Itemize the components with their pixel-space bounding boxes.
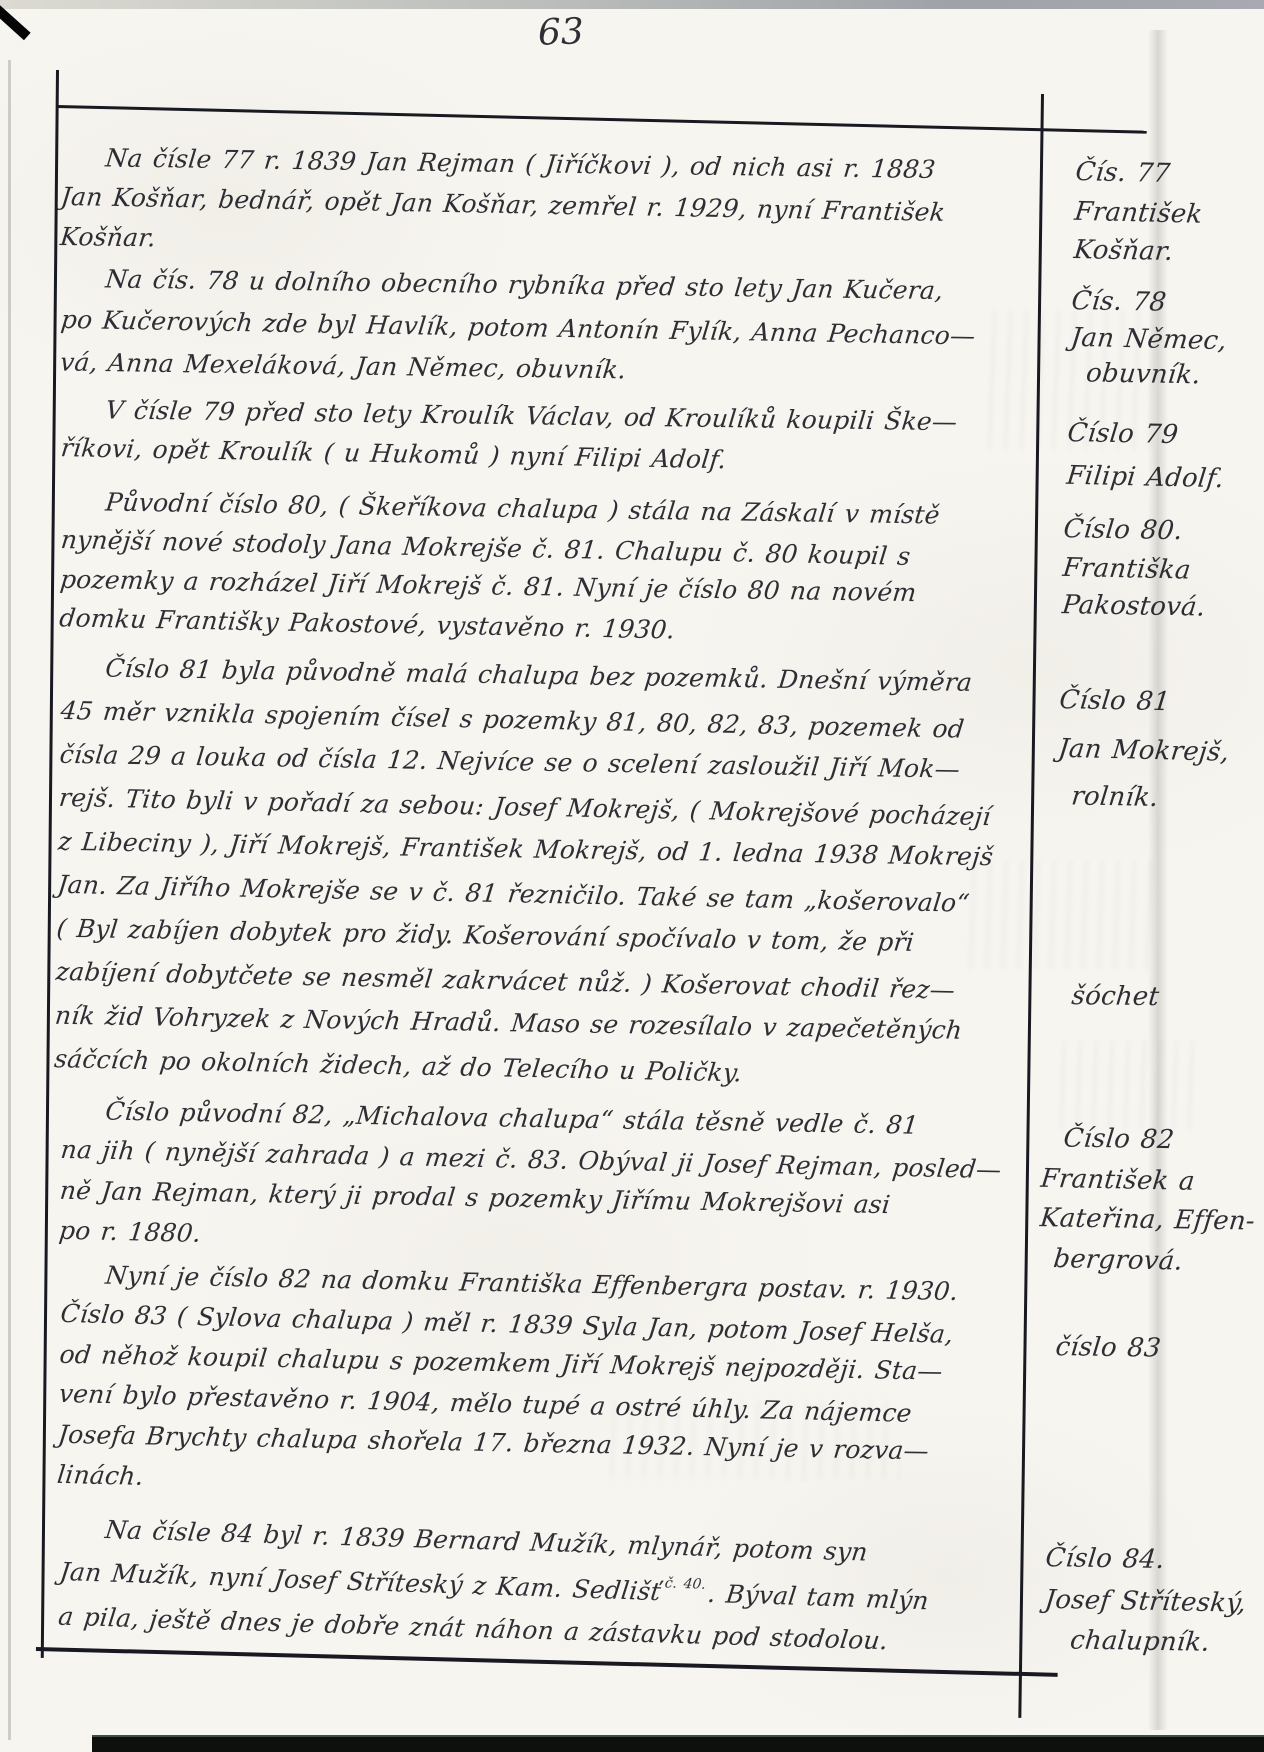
margin-line: Košňar. (1074, 230, 1264, 274)
margin-line: Jan Mokrejš, (1058, 724, 1264, 777)
margin-line: šóchet (1071, 976, 1264, 1019)
margin-line: Číslo 82 (1041, 1118, 1264, 1162)
margin-line: Františka (1063, 548, 1264, 590)
margin-note-sochet: šóchet (1071, 976, 1264, 1019)
scan-top-edge (0, 0, 1264, 9)
frame-top-rule (57, 105, 1147, 134)
paragraph-house-77: Na čísle 77 r. 1839 Jan Rejman ( Jiříčko… (60, 136, 1014, 271)
margin-line: Čís. 78 (1071, 283, 1264, 323)
margin-note-house-84: Číslo 84. Josef Stříteský, chalupník. (1044, 1537, 1264, 1664)
margin-note-house-79: Číslo 79 Filipi Adolf. (1066, 412, 1264, 500)
margin-line: Číslo 79 (1067, 412, 1264, 458)
margin-line: Josef Stříteský, (1045, 1578, 1264, 1623)
margin-note-house-77: Čís. 77 František Košňar. (1074, 152, 1264, 274)
text-after-insert: . Býval tam mlýn (706, 1578, 930, 1614)
scanned-chronicle-page: 63 Na čísle 77 r. 1839 Jan Rejman ( Jiří… (0, 0, 1264, 1752)
margin-line: bergrová. (1039, 1238, 1264, 1282)
margin-line: Jan Němec, (1071, 319, 1264, 359)
margin-line: Pakostová. (1062, 586, 1264, 628)
margin-line: rolník. (1057, 772, 1264, 825)
margin-note-house-83: číslo 83 (1055, 1327, 1264, 1371)
paragraph-house-78: Na čís. 78 u dolního obecního rybníka př… (60, 256, 1014, 397)
margin-line: číslo 83 (1055, 1327, 1264, 1371)
paragraph-house-80: Původní číslo 80, ( Škeříkova chalupa ) … (59, 481, 1014, 654)
bleedthrough-smudge (1050, 1040, 1200, 1130)
margin-line: chalupník. (1044, 1619, 1264, 1664)
frame-left-border (41, 70, 59, 1658)
paragraph-house-83: Nyní je číslo 82 na domku Františka Effe… (57, 1253, 1014, 1513)
paragraph-house-81: Číslo 81 byla původně malá chalupa bez p… (54, 645, 1014, 1097)
paragraph-house-82: Číslo původní 82, „Michalova chalupa“ st… (59, 1089, 1014, 1267)
margin-note-house-81: Číslo 81 Jan Mokrejš, rolník. (1057, 676, 1264, 825)
paragraph-house-79: V čísle 79 před sto lety Kroulík Václav,… (61, 389, 1014, 482)
margin-line: František (1074, 191, 1264, 235)
margin-line: František a (1041, 1158, 1264, 1202)
margin-note-house-80: Číslo 80. Františka Pakostová. (1062, 510, 1264, 628)
margin-line: Čís. 77 (1075, 152, 1264, 196)
paper-left-fold-line (8, 60, 11, 1740)
margin-line: obuvník. (1070, 355, 1264, 395)
margin-line: Kateřina, Effen- (1040, 1198, 1264, 1242)
margin-line: Filipi Adolf. (1066, 454, 1264, 500)
scan-bottom-strip (92, 1735, 1264, 1752)
margin-line: Číslo 81 (1059, 676, 1264, 729)
paragraph-house-84: Na čísle 84 byl r. 1839 Bernard Mužík, m… (58, 1505, 1014, 1667)
margin-line: Číslo 84. (1045, 1537, 1264, 1582)
page-number: 63 (537, 11, 584, 54)
margin-note-house-82: Číslo 82 František a Kateřina, Effen- be… (1039, 1118, 1264, 1282)
margin-note-house-78: Čís. 78 Jan Němec, obuvník. (1070, 283, 1264, 395)
interlinear-insert: č. 40. (664, 1575, 707, 1592)
margin-line: Číslo 80. (1063, 510, 1264, 552)
margin-column-divider (1018, 94, 1044, 1718)
